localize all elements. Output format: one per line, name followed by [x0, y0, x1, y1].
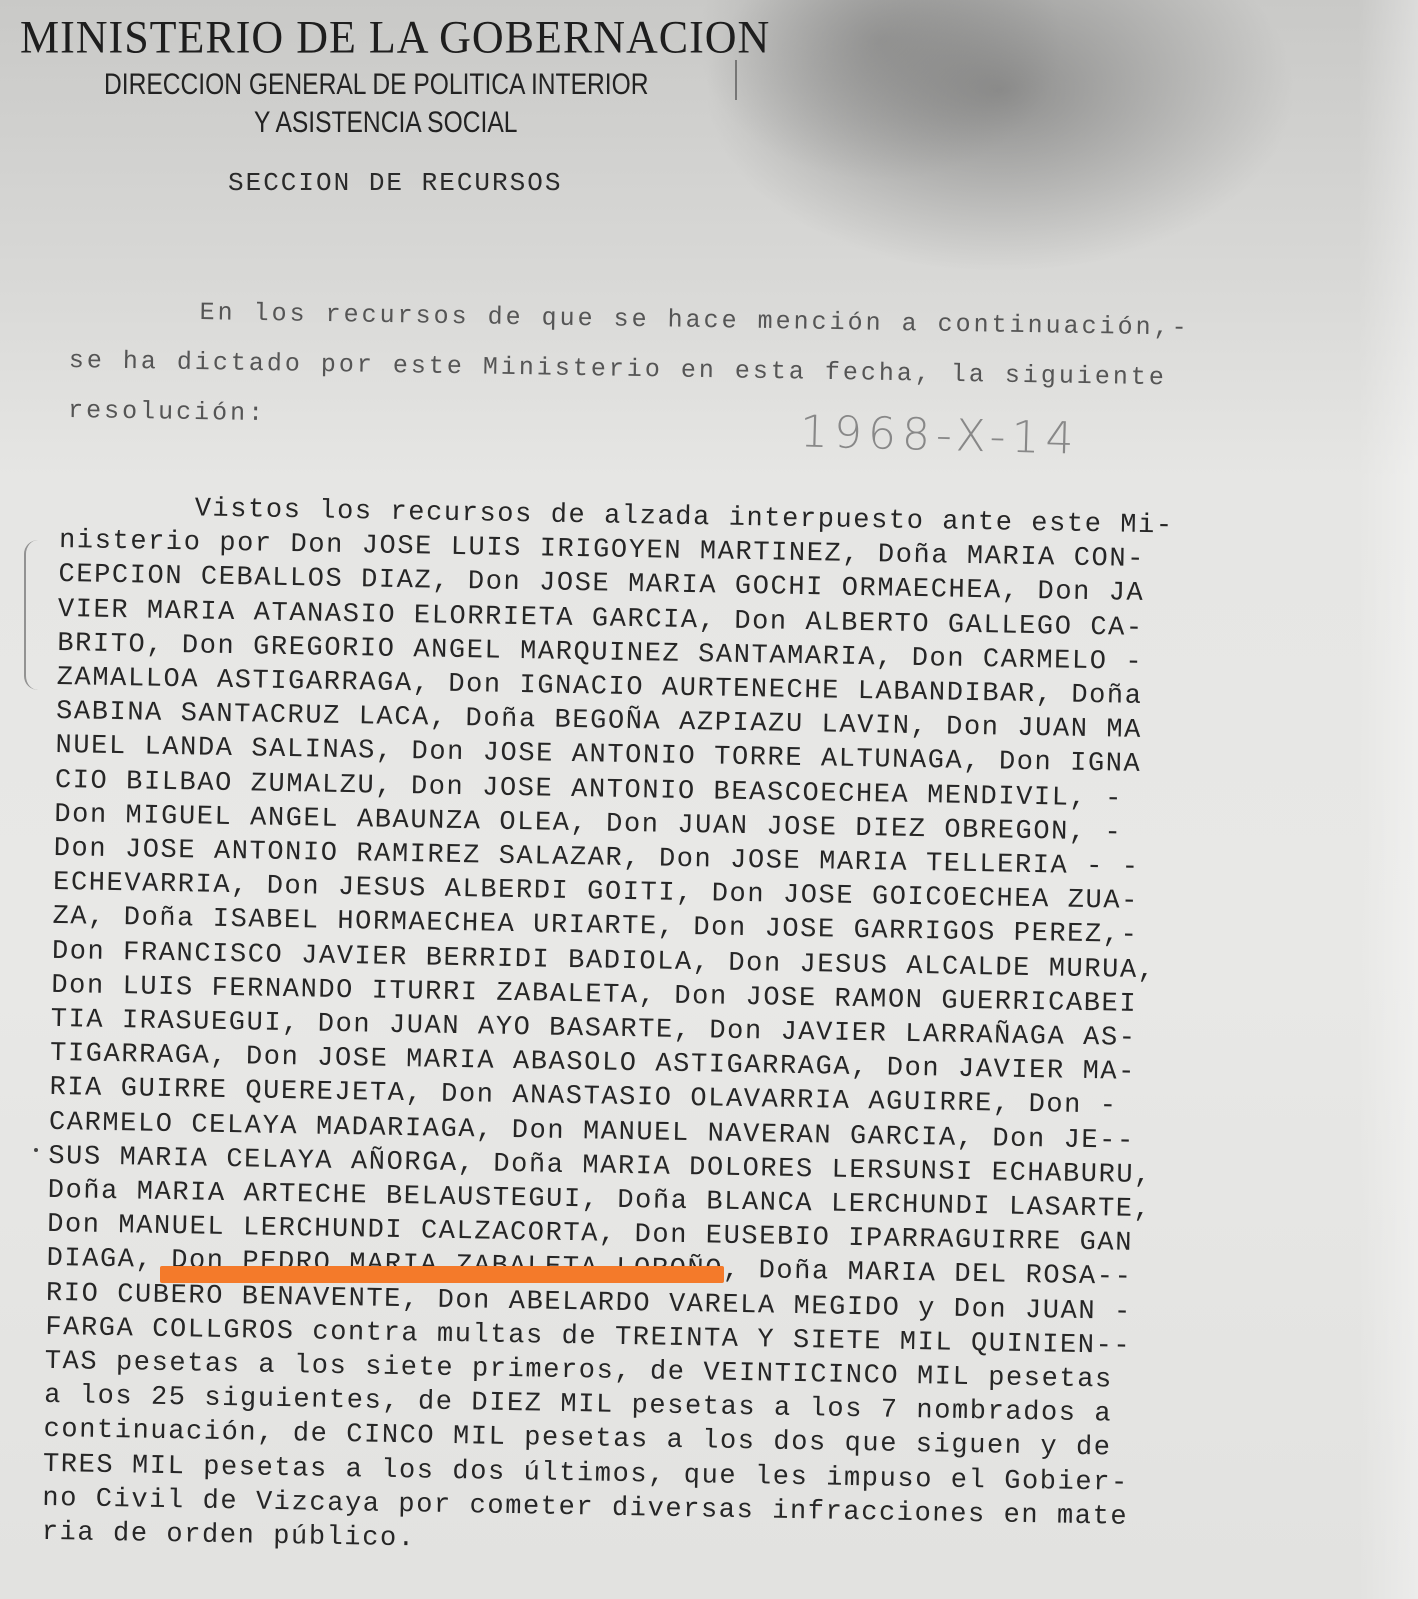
margin-line: [735, 60, 737, 100]
direction-heading-line1: DIRECCION GENERAL DE POLITICA INTERIOR: [104, 68, 648, 102]
resolution-paragraph: Vistos los recursos de alzada interpuest…: [41, 490, 1359, 1573]
name-highlight-mark: [160, 1266, 724, 1283]
document-page: MINISTERIO DE LA GOBERNACION DIRECCION G…: [0, 0, 1418, 1599]
ministry-heading: MINISTERIO DE LA GOBERNACION: [20, 11, 770, 65]
section-heading: SECCION DE RECURSOS: [228, 168, 562, 198]
intro-paragraph: En los recursos de que se hace mención a…: [68, 286, 1370, 456]
direction-heading-line2: Y ASISTENCIA SOCIAL: [254, 106, 517, 140]
margin-brace: [24, 540, 46, 690]
ink-dot: [34, 1148, 38, 1152]
handwritten-date: 1968-X-14: [799, 406, 1080, 464]
